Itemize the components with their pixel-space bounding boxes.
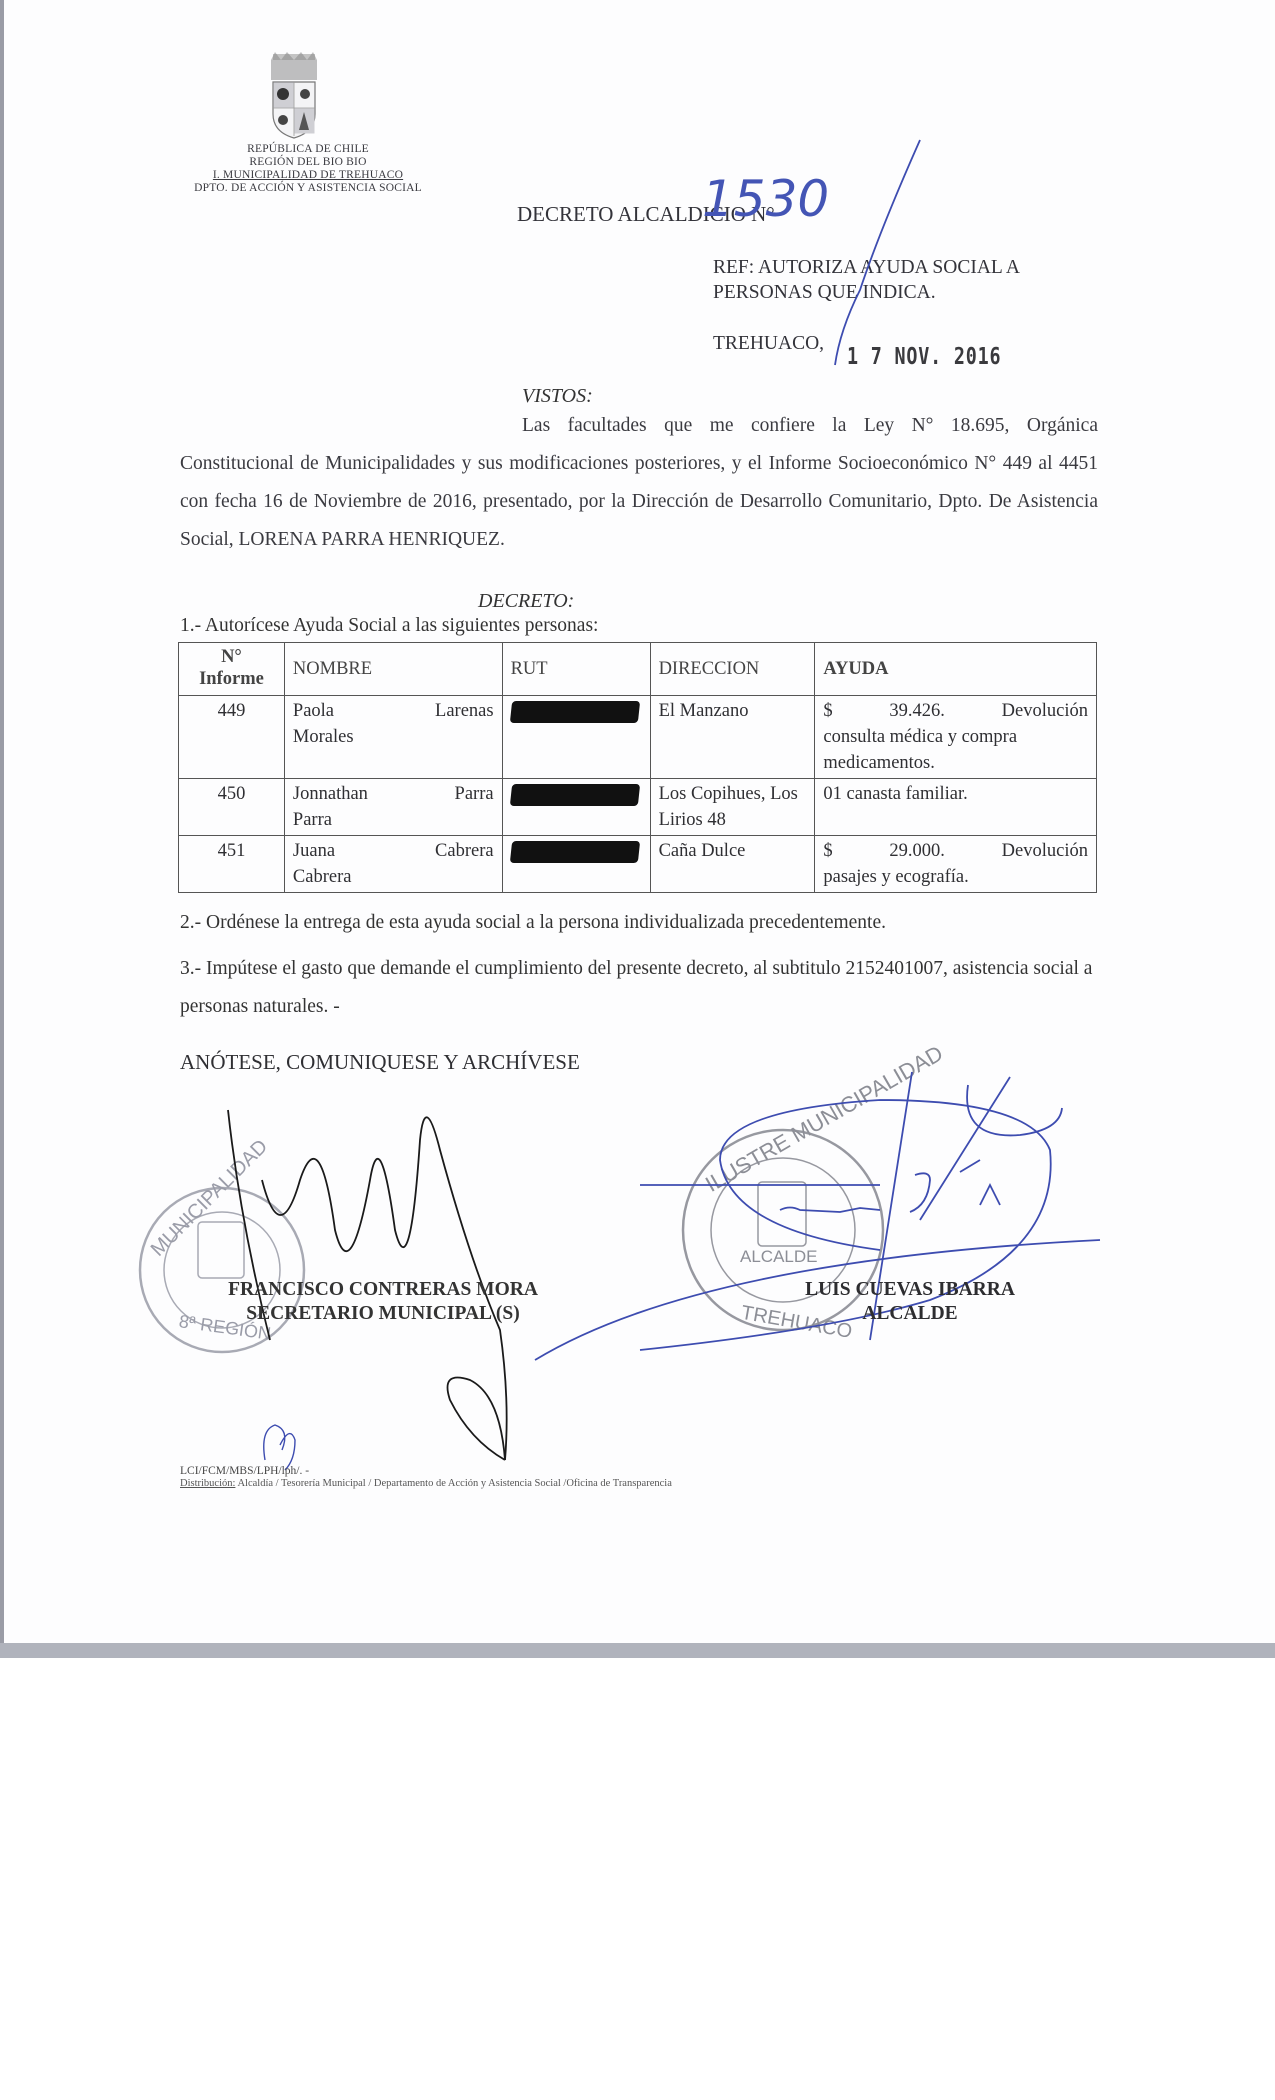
reference-line-2: PERSONAS QUE INDICA. <box>713 280 1020 305</box>
header-num-informe: N° Informe <box>179 643 285 696</box>
cell-ayuda: $29.000.Devolución pasajes y ecografía. <box>815 836 1097 893</box>
redaction-mark <box>509 784 639 806</box>
decree-reference: REF: AUTORIZA AYUDA SOCIAL A PERSONAS QU… <box>713 255 1020 305</box>
decree-item-2: 2.- Ordénese la entrega de esta ayuda so… <box>180 912 886 934</box>
cell-rut-redacted <box>502 836 650 893</box>
cell-nombre: JuanaCabrera Cabrera <box>284 836 502 893</box>
cell-num: 451 <box>179 836 285 893</box>
decree-item-3: 3.- Impútese el gasto que demande el cum… <box>180 950 1098 1026</box>
decree-number-handwritten: 1530 <box>702 170 829 228</box>
footer-distribution: Distribución: Alcaldía / Tesorería Munic… <box>180 1478 672 1489</box>
date-stamp: 1 7 NOV. 2016 <box>847 344 1001 370</box>
table-row: 450 JonnathanParra Parra Los Copihues, L… <box>179 779 1097 836</box>
letterhead: REPÚBLICA DE CHILE REGIÓN DEL BIO BIO I.… <box>178 143 438 195</box>
table-row: 449 PaolaLarenas Morales El Manzano $39.… <box>179 696 1097 779</box>
distribution-list: Alcaldía / Tesorería Municipal / Departa… <box>235 1478 671 1489</box>
mayor-name: LUIS CUEVAS IBARRA <box>780 1278 1040 1302</box>
cell-nombre: PaolaLarenas Morales <box>284 696 502 779</box>
secretary-name: FRANCISCO CONTRERAS MORA <box>218 1278 548 1302</box>
vistos-paragraph: Las facultades que me confiere la Ley N°… <box>180 407 1098 559</box>
closing-formula: ANÓTESE, COMUNIQUESE Y ARCHÍVESE <box>180 1050 580 1075</box>
letterhead-municipality: I. MUNICIPALIDAD DE TREHUACO <box>178 169 438 182</box>
reference-line-1: REF: AUTORIZA AYUDA SOCIAL A <box>713 255 1020 280</box>
coat-of-arms-icon <box>265 52 323 140</box>
cell-direccion: Caña Dulce <box>650 836 815 893</box>
header-direccion: DIRECCION <box>650 643 815 696</box>
letterhead-region: REGIÓN DEL BIO BIO <box>178 156 438 169</box>
mayor-signature-block: LUIS CUEVAS IBARRA ALCALDE <box>780 1278 1040 1326</box>
table-header-row: N° Informe NOMBRE RUT DIRECCION AYUDA <box>179 643 1097 696</box>
decree-item-1: 1.- Autorícese Ayuda Social a las siguie… <box>180 615 598 637</box>
mayor-title: ALCALDE <box>780 1302 1040 1326</box>
letterhead-department: DPTO. DE ACCIÓN Y ASISTENCIA SOCIAL <box>178 182 438 195</box>
cell-rut-redacted <box>502 779 650 836</box>
cell-direccion: El Manzano <box>650 696 815 779</box>
cell-rut-redacted <box>502 696 650 779</box>
cell-ayuda: $39.426.Devolución consulta médica y com… <box>815 696 1097 779</box>
redaction-mark <box>509 841 639 863</box>
cell-num: 450 <box>179 779 285 836</box>
header-rut: RUT <box>502 643 650 696</box>
cell-nombre: JonnathanParra Parra <box>284 779 502 836</box>
decreto-heading: DECRETO: <box>478 590 574 613</box>
table-row: 451 JuanaCabrera Cabrera Caña Dulce $29.… <box>179 836 1097 893</box>
decree-place: TREHUACO, <box>713 333 824 355</box>
redaction-mark <box>509 701 639 723</box>
footer-initials: LCI/FCM/MBS/LPH/lph/. - <box>180 1465 309 1477</box>
cell-direccion: Los Copihues, Los Lirios 48 <box>650 779 815 836</box>
scan-bottom-edge <box>0 1643 1275 1658</box>
distribution-label: Distribución: <box>180 1478 235 1489</box>
secretary-title: SECRETARIO MUNICIPAL (S) <box>218 1302 548 1326</box>
secretary-signature-block: FRANCISCO CONTRERAS MORA SECRETARIO MUNI… <box>218 1278 548 1326</box>
letterhead-country: REPÚBLICA DE CHILE <box>178 143 438 156</box>
vistos-heading: VISTOS: <box>522 385 593 408</box>
cell-ayuda: 01 canasta familiar. <box>815 779 1097 836</box>
beneficiaries-table: N° Informe NOMBRE RUT DIRECCION AYUDA 44… <box>178 642 1097 893</box>
header-ayuda: AYUDA <box>815 643 1097 696</box>
header-nombre: NOMBRE <box>284 643 502 696</box>
cell-num: 449 <box>179 696 285 779</box>
